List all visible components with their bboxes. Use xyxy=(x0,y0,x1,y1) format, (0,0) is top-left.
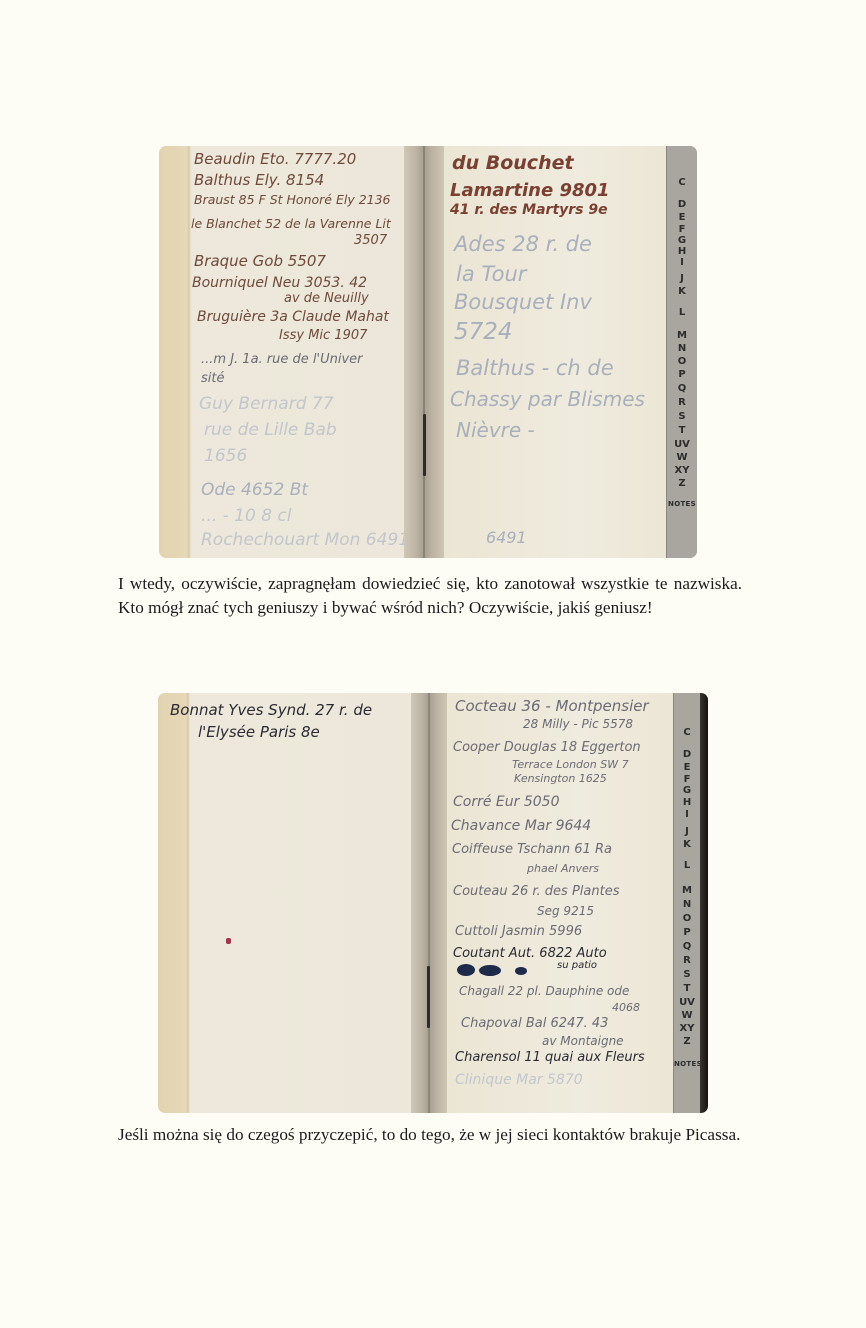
alphabet-index-tabs: C D E F G H I J K L M N O P Q R S T UV W… xyxy=(666,146,697,558)
index-tab-notes: NOTES xyxy=(667,501,697,508)
photo-caption: Jeśli można się do czegoś przyczepić, to… xyxy=(118,1123,742,1147)
handwritten-entry: Rochechouart Mon 6491 xyxy=(201,532,409,549)
index-tab: K xyxy=(674,840,700,861)
book-spine xyxy=(404,146,444,558)
index-tab: Q xyxy=(667,384,697,398)
handwritten-entry: Ode 4652 Bt xyxy=(201,482,308,499)
index-tab: R xyxy=(667,398,697,412)
handwritten-entry: Bourniquel Neu 3053. 42 xyxy=(192,276,367,290)
red-ink-mark xyxy=(226,938,231,944)
handwritten-entry: 1656 xyxy=(204,448,247,465)
handwritten-entry: Cuttoli Jasmin 5996 xyxy=(455,925,582,938)
handwritten-entry: Chapoval Bal 6247. 43 xyxy=(461,1017,608,1030)
handwritten-entry: 3507 xyxy=(354,234,387,247)
index-tab: I xyxy=(674,810,700,827)
address-book-photo-c: Bonnat Yves Synd. 27 r. de l'Elysée Pari… xyxy=(158,693,708,1113)
handwritten-entry: 28 Milly - Pic 5578 xyxy=(523,718,633,730)
handwritten-entry: Seg 9215 xyxy=(537,905,594,917)
index-tab: P xyxy=(667,370,697,384)
left-page: Beaudin Eto. 7777.20 Balthus Ely. 8154 B… xyxy=(159,146,409,558)
handwritten-entry: du Bouchet xyxy=(452,154,574,173)
index-tab: T xyxy=(674,984,700,998)
alphabet-index-tabs: C D E F G H I J K L M N O P Q R S T UV W… xyxy=(673,693,700,1113)
handwritten-entry: Beaudin Eto. 7777.20 xyxy=(194,152,356,167)
handwritten-entry: Charensol 11 quai aux Fleurs xyxy=(455,1051,645,1064)
right-page: Cocteau 36 - Montpensier 28 Milly - Pic … xyxy=(447,693,673,1113)
handwritten-entry: phael Anvers xyxy=(527,863,599,874)
index-tab: R xyxy=(674,956,700,970)
ink-blot xyxy=(479,965,501,976)
index-tab: I xyxy=(667,258,697,274)
index-tab: P xyxy=(674,928,700,942)
index-tab: Z xyxy=(667,479,697,501)
handwritten-entry: Cocteau 36 - Montpensier xyxy=(455,699,649,714)
binding-staple xyxy=(427,966,430,1028)
handwritten-entry: Balthus Ely. 8154 xyxy=(194,173,324,188)
index-tab: S xyxy=(667,412,697,426)
handwritten-entry: Issy Mic 1907 xyxy=(279,329,367,342)
handwritten-entry: Nièvre - xyxy=(456,420,535,440)
binding-staple xyxy=(423,414,426,476)
index-tab: M xyxy=(674,886,700,900)
handwritten-entry: sité xyxy=(201,372,224,385)
handwritten-entry: Terrace London SW 7 xyxy=(512,759,629,770)
handwritten-entry: Chassy par Blismes xyxy=(450,389,645,409)
handwritten-entry: Corré Eur 5050 xyxy=(453,795,559,809)
ink-blot xyxy=(515,967,527,975)
handwritten-entry: Guy Bernard 77 xyxy=(199,396,334,413)
handwritten-entry: Chagall 22 pl. Dauphine ode xyxy=(459,985,629,997)
ink-blot xyxy=(457,964,475,976)
left-page: Bonnat Yves Synd. 27 r. de l'Elysée Pari… xyxy=(158,693,413,1113)
handwritten-entry: 4068 xyxy=(612,1002,640,1013)
handwritten-entry: Couteau 26 r. des Plantes xyxy=(453,885,619,898)
handwritten-entry: Bruguière 3a Claude Mahat xyxy=(197,310,389,324)
handwritten-entry: Braque Gob 5507 xyxy=(194,254,326,269)
handwritten-entry: su patio xyxy=(557,961,597,971)
handwritten-entry: Chavance Mar 9644 xyxy=(451,819,591,833)
index-tab: L xyxy=(674,861,700,886)
index-tab: O xyxy=(674,914,700,928)
index-tab: T xyxy=(667,426,697,440)
handwritten-entry: 6491 xyxy=(486,530,527,546)
book-cover-edge xyxy=(700,693,708,1113)
index-tab: N xyxy=(674,900,700,914)
handwritten-entry: Cooper Douglas 18 Eggerton xyxy=(453,741,641,754)
handwritten-entry: Kensington 1625 xyxy=(514,773,607,784)
index-tab: C xyxy=(674,728,700,750)
index-tab: L xyxy=(667,308,697,331)
book-spine xyxy=(411,693,447,1113)
handwritten-entry: av de Neuilly xyxy=(284,292,369,305)
handwritten-entry: l'Elysée Paris 8e xyxy=(198,725,320,740)
handwritten-entry: 41 r. des Martyrs 9e xyxy=(450,203,608,217)
index-tab: K xyxy=(667,287,697,308)
address-book-photo-b: Beaudin Eto. 7777.20 Balthus Ely. 8154 B… xyxy=(159,146,697,558)
handwritten-entry: Bousquet Inv xyxy=(454,292,592,313)
handwritten-entry: Lamartine 9801 xyxy=(450,182,610,200)
handwritten-entry: ... - 10 8 cl xyxy=(201,508,291,525)
handwritten-entry: Ades 28 r. de xyxy=(454,234,592,255)
handwritten-entry: le Blanchet 52 de la Varenne Lit xyxy=(191,218,391,231)
handwritten-entry: ...m J. 1a. rue de l'Univer xyxy=(201,353,362,366)
handwritten-entry: av Montaigne xyxy=(542,1035,624,1047)
index-tab: C xyxy=(667,178,697,200)
handwritten-entry: Clinique Mar 5870 xyxy=(455,1073,583,1087)
index-tab: S xyxy=(674,970,700,984)
handwritten-entry: 5724 xyxy=(454,321,513,344)
handwritten-entry: Braust 85 F St Honoré Ely 2136 xyxy=(194,194,391,207)
handwritten-entry: la Tour xyxy=(456,264,526,285)
handwritten-entry: Bonnat Yves Synd. 27 r. de xyxy=(170,703,372,718)
photo-caption: I wtedy, oczywiście, zapragnęłam dowiedz… xyxy=(118,572,742,620)
right-page: du Bouchet Lamartine 9801 41 r. des Mart… xyxy=(444,146,666,558)
handwritten-entry: Coiffeuse Tschann 61 Ra xyxy=(452,843,612,856)
handwritten-entry: Balthus - ch de xyxy=(456,358,614,379)
index-tab: Q xyxy=(674,942,700,956)
index-tab-notes: NOTES xyxy=(674,1061,700,1068)
handwritten-entry: Coutant Aut. 6822 Auto xyxy=(453,947,607,960)
index-tab: Z xyxy=(674,1037,700,1061)
handwritten-entry: rue de Lille Bab xyxy=(204,422,337,439)
